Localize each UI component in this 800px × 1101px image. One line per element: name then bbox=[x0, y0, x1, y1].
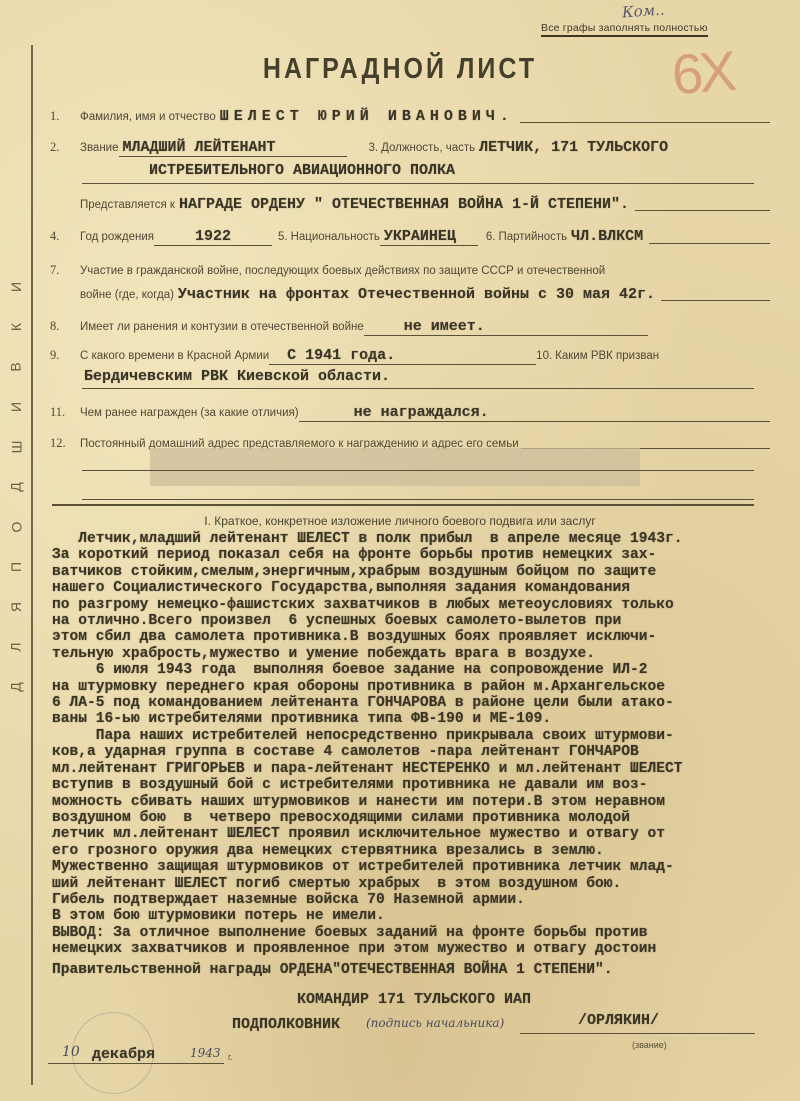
narrative-line: ков,а ударная группа в составе 4 самолет… bbox=[52, 744, 792, 760]
field-war-participation-value: войне (где, когда) Участник на фронтах О… bbox=[80, 286, 770, 303]
field-conscription-value: Бердичевским РВК Киевской области. bbox=[80, 368, 770, 385]
prior-awards-value: не награждался. bbox=[299, 404, 770, 422]
date-month: декабря bbox=[92, 1046, 155, 1063]
rank-value: МЛАДШИЙ ЛЕЙТЕНАНТ bbox=[119, 139, 347, 157]
margin-letter: Д bbox=[9, 482, 23, 491]
field-prior-awards: 11. Чем ранее награжден (за какие отличи… bbox=[50, 404, 770, 422]
narrative-line: Мужественно защищая штурмовиков от истре… bbox=[52, 859, 792, 875]
narrative-line: Пара наших истребителей непосредственно … bbox=[52, 728, 792, 744]
margin-letter: И bbox=[9, 282, 23, 292]
binding-margin-text: ИКВИШДОПЯЛД bbox=[6, 280, 26, 694]
field-service-conscription: 9. С какого времени в Красной Армии С 19… bbox=[50, 347, 770, 365]
document-title: НАГРАДНОЙ ЛИСТ bbox=[0, 53, 800, 86]
narrative-line: нашего Социалистического Государства,вып… bbox=[52, 580, 792, 596]
margin-letter: И bbox=[9, 402, 23, 412]
field-war-participation: 7. Участие в гражданской войне, последую… bbox=[50, 263, 770, 278]
section-title: I. Краткое, конкретное изложение личного… bbox=[0, 514, 800, 528]
margin-letter: Д bbox=[9, 682, 23, 691]
award-value: НАГРАДЕ ОРДЕНУ " ОТЕЧЕСТВЕННАЯ ВОЙНА 1-Й… bbox=[175, 196, 633, 213]
commander-signature: (подпись начальника) bbox=[366, 1016, 504, 1030]
narrative-line: За короткий период показал себя на фронт… bbox=[52, 547, 792, 563]
narrative-line: мл.лейтенант ГРИГОРЬЕВ и пара-лейтенант … bbox=[52, 761, 792, 777]
narrative-line: Гибель подтверждает наземные войска 70 Н… bbox=[52, 892, 792, 908]
binding-margin-line bbox=[31, 45, 33, 1085]
margin-letter: П bbox=[9, 562, 23, 572]
birth-year-value: 1922 bbox=[154, 228, 272, 246]
narrative-line: можность сбивать наших штурмовиков и нан… bbox=[52, 794, 792, 810]
margin-letter: Л bbox=[9, 642, 23, 651]
commander-rank: ПОДПОЛКОВНИК bbox=[232, 1016, 340, 1033]
field-award: Представляется к НАГРАДЕ ОРДЕНУ " ОТЕЧЕС… bbox=[50, 196, 770, 213]
narrative-line: этом сбил два самолета противника.В возд… bbox=[52, 629, 792, 645]
margin-letter: К bbox=[9, 323, 23, 331]
merit-narrative: Летчик,младший лейтенант ШЕЛЕСТ в полк п… bbox=[52, 531, 792, 978]
margin-letter: Ш bbox=[9, 441, 23, 454]
margin-letter: В bbox=[9, 362, 23, 371]
narrative-line: воздушном бою в четверо превосходящими с… bbox=[52, 810, 792, 826]
narrative-line: вступив в воздушный бой с истребителями … bbox=[52, 777, 792, 793]
wounds-value: не имеет. bbox=[364, 318, 648, 336]
narrative-line: 6 июля 1943 года выполняя боевое задание… bbox=[52, 662, 792, 678]
narrative-line: Правительственной награды ОРДЕНА"ОТЕЧЕСТ… bbox=[52, 962, 792, 978]
margin-letter: Я bbox=[9, 602, 23, 612]
narrative-line: на отлично.Всего произвел 6 успешных бое… bbox=[52, 613, 792, 629]
narrative-line: В этом бою штурмовики потерь не имели. bbox=[52, 908, 792, 924]
narrative-line: летчик мл.лейтенант ШЕЛЕСТ проявил исклю… bbox=[52, 826, 792, 842]
narrative-line: на штурмовку переднего края обороны прот… bbox=[52, 679, 792, 695]
party-value: ЧЛ.ВЛКСМ bbox=[567, 228, 647, 245]
narrative-line: Летчик,младший лейтенант ШЕЛЕСТ в полк п… bbox=[52, 531, 792, 547]
redacted-address bbox=[150, 448, 640, 486]
commander-position: КОМАНДИР 171 ТУЛЬСКОГО ИАП bbox=[297, 991, 531, 1008]
commander-name: /ОРЛЯКИН/ bbox=[578, 1012, 659, 1029]
service-since-value: С 1941 года. bbox=[269, 347, 536, 365]
narrative-line: тельную храбрость,мужество и умение побе… bbox=[52, 646, 792, 662]
rank-caption: (звание) bbox=[632, 1040, 667, 1050]
fill-instruction: Все графы заполнять полностью bbox=[541, 22, 708, 37]
field-rank-position: 2. Звание МЛАДШИЙ ЛЕЙТЕНАНТ 3. Должность… bbox=[50, 139, 770, 157]
field-full-name: 1. Фамилия, имя и отчество ШЕЛЕСТ ЮРИЙ И… bbox=[50, 108, 770, 125]
narrative-line: ваны 16-ью истребителями противника типа… bbox=[52, 711, 792, 727]
narrative-line: ший лейтенант ШЕЛЕСТ погиб смертью храбр… bbox=[52, 876, 792, 892]
date-suffix: г. bbox=[228, 1052, 233, 1062]
handwritten-note: Ком.. bbox=[621, 1, 665, 22]
nationality-value: УКРАИНЕЦ bbox=[380, 228, 478, 246]
date-year: 1943 bbox=[190, 1046, 221, 1060]
position-value: ЛЕТЧИК, 171 ТУЛЬСКОГО bbox=[475, 139, 672, 156]
full-name-value: ШЕЛЕСТ ЮРИЙ ИВАНОВИЧ. bbox=[216, 108, 518, 125]
narrative-line: по разгрому немецко-фашистских захватчик… bbox=[52, 597, 792, 613]
narrative-line: 6 ЛА-5 под командованием лейтенанта ГОНЧ… bbox=[52, 695, 792, 711]
date-day: 10 bbox=[62, 1044, 80, 1060]
field-wounds: 8. Имеет ли ранения и контузии в отечест… bbox=[50, 318, 770, 336]
field-position-continued: ИСТРЕБИТЕЛЬНОГО АВИАЦИОННОГО ПОЛКА bbox=[145, 162, 770, 179]
narrative-line: ватчиков стойким,смелым,энергичным,храбр… bbox=[52, 564, 792, 580]
field-birth-nationality-party: 4. Год рождения 1922 5. Национальность У… bbox=[50, 228, 770, 246]
narrative-line: ВЫВОД: За отличное выполнение боевых зад… bbox=[52, 925, 792, 941]
narrative-line: немецких захватчиков и проявленное при э… bbox=[52, 941, 792, 957]
narrative-line: его грозного оружия два немецких стервят… bbox=[52, 843, 792, 859]
